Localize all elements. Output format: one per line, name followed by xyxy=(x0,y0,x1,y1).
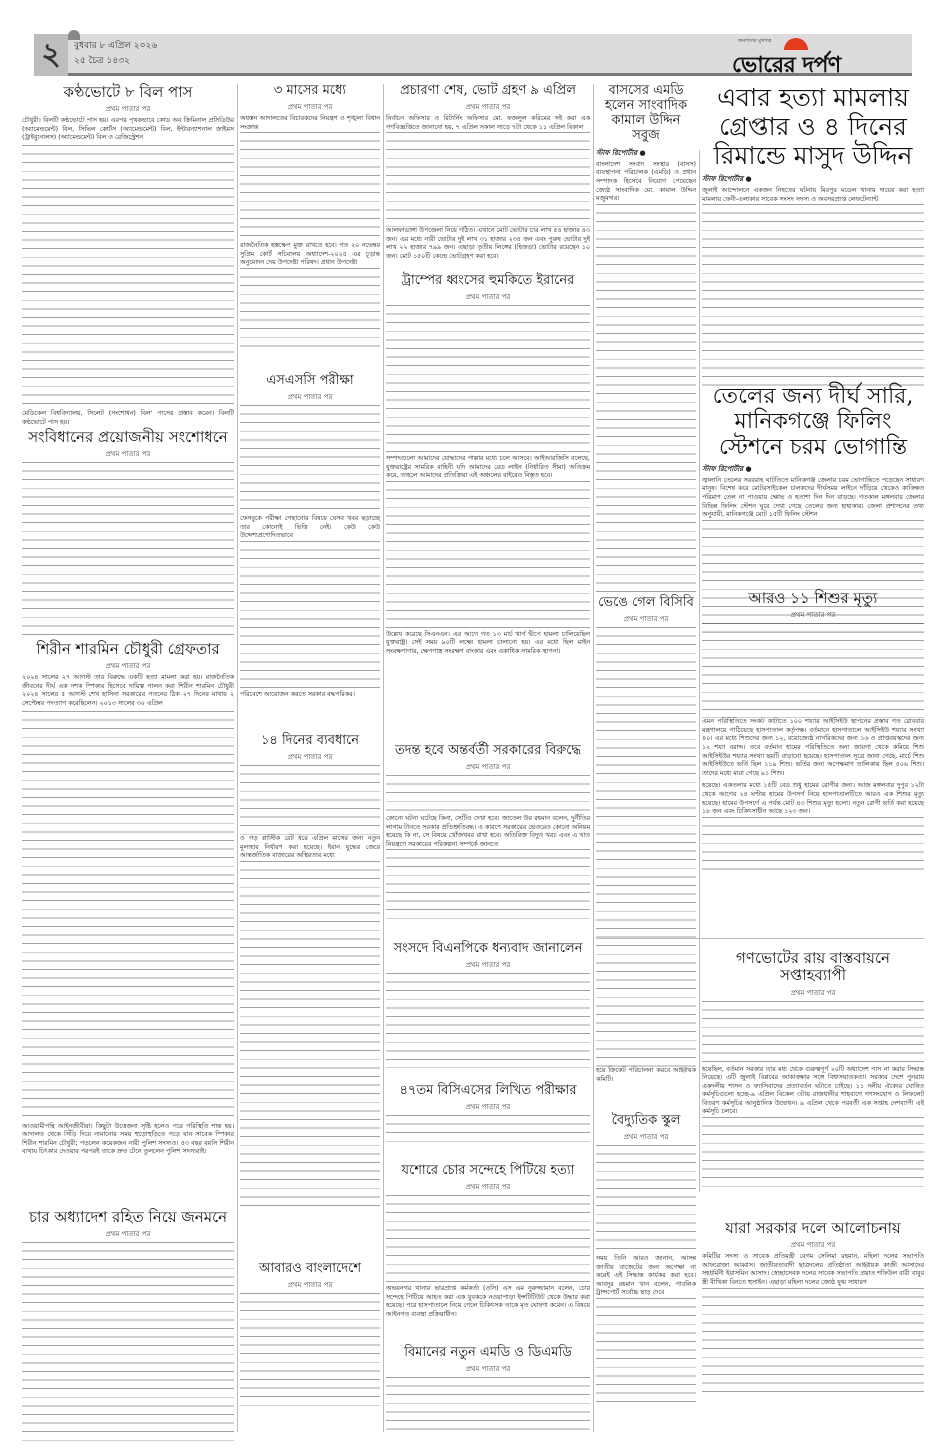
page-number: ২ xyxy=(34,34,68,76)
story-headline[interactable]: গণভোটের রায় বাস্তবায়নে সপ্তাহব্যাপী xyxy=(702,950,924,985)
story-kicker: প্রথম পাতার পর xyxy=(386,959,590,971)
story-headline[interactable]: এবার হত্যা মামলায় গ্রেপ্তার ও ৪ দিনের র… xyxy=(702,84,924,170)
logo-name: ভোরের দর্পণ xyxy=(732,48,841,85)
story-text-lines xyxy=(702,623,924,718)
date-block: বুধবার ৮ এপ্রিল ২০২৬ ২৫ চৈত্র ১৪৩২ xyxy=(74,39,157,69)
story-headline[interactable]: সংবিধানের প্রয়োজনীয় সংশোধনে xyxy=(22,429,234,446)
story-text-lines xyxy=(386,973,590,1068)
story-headline[interactable]: আরও ১১ শিশুর মৃত্যু xyxy=(702,590,924,607)
story-headline[interactable]: বিমানের নতুন এমডি ও ডিএমডি xyxy=(386,1346,590,1361)
story-text-lines xyxy=(702,1001,924,1066)
story-kicker: প্রথম পাতার পর xyxy=(386,1363,590,1375)
story-kicker: প্রথম পাতার পর xyxy=(240,751,380,763)
story-text-lines xyxy=(596,204,696,594)
story-body-mid: আলফাডাঙ্গা উপজেলা নিয়ে গঠিত। এখানে মোট … xyxy=(386,227,590,261)
story-body-end: মেডিকেল বিশ্ববিদ্যালয়, সিলেট (সংশোধন) ব… xyxy=(22,410,234,427)
story-body: জ্বালানি তেলের সরবরাহ ঘাটতিতে মানিকগঞ্জ … xyxy=(702,477,924,520)
column-divider xyxy=(237,84,238,1432)
story-headline[interactable]: সংসদে বিএনপিকে ধন্যবাদ জানালেন xyxy=(386,942,590,957)
story-kicker: প্রথম পাতার পর xyxy=(22,448,234,460)
story-basss-md[interactable]: বাসসের এমডি হলেন সাংবাদিক কামাল উদ্দিন স… xyxy=(596,84,696,584)
column-divider xyxy=(383,84,384,1432)
story-parliament-thanks[interactable]: সংসদে বিএনপিকে ধন্যবাদ জানালেন প্রথম পাত… xyxy=(386,942,590,1072)
story-kicker: প্রথম পাতার পর xyxy=(702,1239,924,1251)
story-text-lines xyxy=(22,711,234,1123)
story-body-end: হয়েছে। একতলার মধ্যে ১৫টি বেড শুধু হামের… xyxy=(702,782,924,816)
page-masthead: ২ বুধবার ৮ এপ্রিল ২০২৬ ২৫ চৈত্র ১৪৩২ জনগ… xyxy=(34,34,912,76)
story-kicker: প্রথম পাতার পর xyxy=(386,1181,590,1193)
story-byline: স্টাফ রিপোর্টার ● xyxy=(702,463,924,475)
story-headline[interactable]: আবারও বাংলাদেশে xyxy=(240,1262,380,1277)
story-body-end: অভয়নগর থানার ভারপ্রাপ্ত কর্মকর্তা (ওসি)… xyxy=(386,1285,590,1319)
story-headline[interactable]: এসএসসি পরীক্ষা xyxy=(240,374,380,389)
story-text-lines xyxy=(240,1293,380,1413)
story-campaign-end[interactable]: প্রচারণা শেষ, ভোট গ্রহণ ৯ এপ্রিল প্রথম প… xyxy=(386,84,590,274)
story-headline[interactable]: ৪৭তম বিসিএসের লিখিত পরীক্ষার xyxy=(386,1084,590,1099)
story-biman[interactable]: বিমানের নতুন এমডি ও ডিএমডি প্রথম পাতার প… xyxy=(386,1346,590,1436)
story-headline[interactable]: তদন্ত হবে অন্তর্বর্তী সরকারের বিরুদ্ধে xyxy=(386,744,590,759)
story-body: অধস্তন আদালতের বিচারকদের নিয়ন্ত্রণ ও শৃ… xyxy=(240,115,380,132)
story-body: চৌধুরী। বিলটি কণ্ঠভোটে পাস হয়। এরপর পৃথ… xyxy=(22,117,234,143)
story-ssc[interactable]: এসএসসি পরীক্ষা প্রথম পাতার পর ফেসবুকে পর… xyxy=(240,374,380,719)
story-text-lines xyxy=(240,405,380,515)
story-again-bangladesh[interactable]: আবারও বাংলাদেশে প্রথম পাতার পর xyxy=(240,1262,380,1422)
story-kicker: প্রথম পাতার পর xyxy=(702,609,924,621)
story-body-mid: ও গড় প্লাস্টিক রেট ধরে এপ্রিল মাসের জন্… xyxy=(240,835,380,861)
story-trump-threat[interactable]: ট্রাম্পের ধ্বংসের হুমকিতে ইরানের প্রথম প… xyxy=(386,274,590,674)
story-body: নির্বাচন অফিসার ও রিটার্নিং অফিসার মো. ফ… xyxy=(386,115,590,132)
story-fourteen-days[interactable]: ১৪ দিনের ব্যবধানে প্রথম পাতার পর ও গড় প… xyxy=(240,734,380,1234)
story-text-lines xyxy=(702,817,924,877)
story-headline[interactable]: যারা সরকার দলে আলোচনায় xyxy=(702,1220,924,1237)
story-kicker: প্রথম পাতার পর xyxy=(22,103,234,115)
story-kicker: প্রথম পাতার পর xyxy=(240,101,380,113)
story-text-lines xyxy=(386,1195,590,1285)
story-byline: স্টাফ রিপোর্টার ● xyxy=(702,173,924,185)
logo-tagline: জনগণের মুখপত্র xyxy=(738,38,771,46)
story-headline[interactable]: চার অধ্যাদেশ রহিত নিয়ে জনমনে xyxy=(22,1209,234,1226)
story-kicker: প্রথম পাতার পর xyxy=(240,391,380,403)
story-headline[interactable]: তেলের জন্য দীর্ঘ সারি, মানিকগঞ্জে ফিলিং … xyxy=(702,384,924,460)
story-text-lines xyxy=(22,462,234,642)
story-headline[interactable]: প্রচারণা শেষ, ভোট গ্রহণ ৯ এপ্রিল xyxy=(386,84,590,99)
story-kicker: প্রথম পাতার পর xyxy=(240,1279,380,1291)
story-byline: স্টাফ রিপোর্টার ● xyxy=(596,147,696,159)
story-headline[interactable]: ট্রাম্পের ধ্বংসের হুমকিতে ইরানের xyxy=(386,274,590,289)
story-text-lines xyxy=(240,861,380,1211)
column-1: কণ্ঠভোটে ৮ বিল পাস প্রথম পাতার পর চৌধুরী… xyxy=(22,84,234,1432)
story-kicker: প্রথম পাতার পর xyxy=(22,660,234,672)
story-text-lines xyxy=(386,775,590,815)
story-text-lines xyxy=(240,268,380,348)
story-headline[interactable]: ১৪ দিনের ব্যবধানে xyxy=(240,734,380,749)
story-text-lines xyxy=(22,145,234,410)
story-body: কোনো ঘটনা ঘটেছে কিনা, সেটিও দেখা হবে। জা… xyxy=(386,815,590,849)
story-body-mid: সম্পদগুলো আমাদের যোদ্ধাদের পাল্লার মধ্যে… xyxy=(386,455,590,481)
story-headline[interactable]: যশোরে চোর সন্দেহে পিটিয়ে হত্যা xyxy=(386,1164,590,1179)
story-text-lines xyxy=(386,305,590,455)
story-body-mid: হয়েছিল, বর্তমান সরকার তার মধ্য থেকে গুর… xyxy=(702,1066,924,1118)
story-text-lines xyxy=(22,1242,234,1442)
story-kicker: প্রথম পাতার পর xyxy=(386,761,590,773)
story-shirin-arrest[interactable]: শিরীন শারমিন চৌধুরী গ্রেফতার প্রথম পাতার… xyxy=(22,641,234,1161)
story-body: জুলাই আন্দোলনে একজন নিহতের ঘটনায় মিরপুর… xyxy=(702,187,924,204)
story-text-lines xyxy=(386,132,590,227)
column-3: প্রচারণা শেষ, ভোট গ্রহণ ৯ এপ্রিল প্রথম প… xyxy=(386,84,590,1432)
story-text-lines xyxy=(386,1115,590,1145)
story-text-lines xyxy=(386,481,590,631)
story-body-end: আওয়ামীপন্থি আইনজীবীরা। কিছুটা উত্তেজনা … xyxy=(22,1123,234,1157)
story-interim-govt[interactable]: তদন্ত হবে অন্তর্বর্তী সরকারের বিরুদ্ধে প… xyxy=(386,744,590,914)
story-body-mid: ফেসবুকে পরীক্ষা পেছানোর বিষয়ে যেসব খবর … xyxy=(240,515,380,541)
column-2: ৩ মাসের মধ্যে প্রথম পাতার পর অধস্তন আদাল… xyxy=(240,84,380,1432)
story-bill-pass[interactable]: কণ্ঠভোটে ৮ বিল পাস প্রথম পাতার পর চৌধুরী… xyxy=(22,84,234,394)
story-headline[interactable]: বাসসের এমডি হলেন সাংবাদিক কামাল উদ্দিন স… xyxy=(596,84,696,144)
story-text-lines xyxy=(702,1288,924,1398)
story-kicker: প্রথম পাতার পর xyxy=(386,101,590,113)
story-body-end: উল্লেখ করেছে সিএনএন। এর আগে গত ১৩ মার্চ … xyxy=(386,631,590,657)
story-joining-govt[interactable]: যারা সরকার দলে আলোচনায় প্রথম পাতার পর ক… xyxy=(702,1220,924,1420)
story-kicker: প্রথম পাতার পর xyxy=(22,1228,234,1240)
story-body: বাংলাদেশ সংবাদ সংস্থার (বাসস) ব্যবস্থাপন… xyxy=(596,161,696,204)
date-bengali: ২৫ চৈত্র ১৪৩২ xyxy=(74,54,157,69)
story-kicker: প্রথম পাতার পর xyxy=(386,1101,590,1113)
story-kicker: প্রথম পাতার পর xyxy=(702,987,924,999)
story-kicker: প্রথম পাতার পর xyxy=(386,291,590,303)
story-text-lines xyxy=(386,849,590,919)
story-body: ২০২৪ সালের ২৭ আগস্ট তার বিরুদ্ধে একটি হত… xyxy=(22,674,234,708)
story-headline[interactable]: কণ্ঠভোটে ৮ বিল পাস xyxy=(22,84,234,101)
story-text-lines xyxy=(702,1117,924,1187)
story-body-end: পরিবেশে আয়োজন করতে সরকার বদ্ধপরিকর। xyxy=(240,691,380,700)
newspaper-logo: জনগণের মুখপত্র ভোরের দর্পণ xyxy=(722,36,902,74)
story-three-months[interactable]: ৩ মাসের মধ্যে প্রথম পাতার পর অধস্তন আদাল… xyxy=(240,84,380,349)
story-ordinance[interactable]: চার অধ্যাদেশ রহিত নিয়ে জনমনে প্রথম পাতা… xyxy=(22,1209,234,1429)
story-jessore-theft[interactable]: যশোরে চোর সন্দেহে পিটিয়ে হত্যা প্রথম পা… xyxy=(386,1164,590,1334)
story-masud-remand[interactable]: এবার হত্যা মামলায় গ্রেপ্তার ও ৪ দিনের র… xyxy=(702,84,924,379)
column-6: আরও ১১ শিশুর মৃত্যু প্রথম পাতার পর এমন প… xyxy=(596,590,924,1432)
story-text-lines xyxy=(240,541,380,691)
column-divider xyxy=(593,84,594,1432)
story-mass-uprising[interactable]: গণভোটের রায় বাস্তবায়নে সপ্তাহব্যাপী প্… xyxy=(702,950,924,1190)
story-text-lines xyxy=(702,204,924,389)
story-text-lines xyxy=(240,132,380,242)
story-text-lines xyxy=(386,1377,590,1437)
story-child-deaths[interactable]: আরও ১১ শিশুর মৃত্যু প্রথম পাতার পর এমন প… xyxy=(702,590,924,935)
story-body-mid: এমন পরিস্থিতিতে সংকট কাটাতে ১০০ শয্যার আ… xyxy=(702,718,924,778)
story-text-lines xyxy=(240,765,380,835)
story-headline[interactable]: ৩ মাসের মধ্যে xyxy=(240,84,380,99)
story-body-mid: রাজনৈতিক হস্তক্ষেপ মুক্ত রাখতে হবে। গত ২… xyxy=(240,242,380,268)
story-constitution[interactable]: সংবিধানের প্রয়োজনীয় সংশোধনে প্রথম পাতা… xyxy=(22,429,234,644)
story-headline[interactable]: শিরীন শারমিন চৌধুরী গ্রেফতার xyxy=(22,641,234,658)
story-body: কমিটির সদস্য ও সাবেক প্রতিমন্ত্রী বেগম স… xyxy=(702,1253,924,1287)
date-gregorian: বুধবার ৮ এপ্রিল ২০২৬ xyxy=(74,39,157,54)
story-bcs[interactable]: ৪৭তম বিসিএসের লিখিত পরীক্ষার প্রথম পাতার… xyxy=(386,1084,590,1144)
